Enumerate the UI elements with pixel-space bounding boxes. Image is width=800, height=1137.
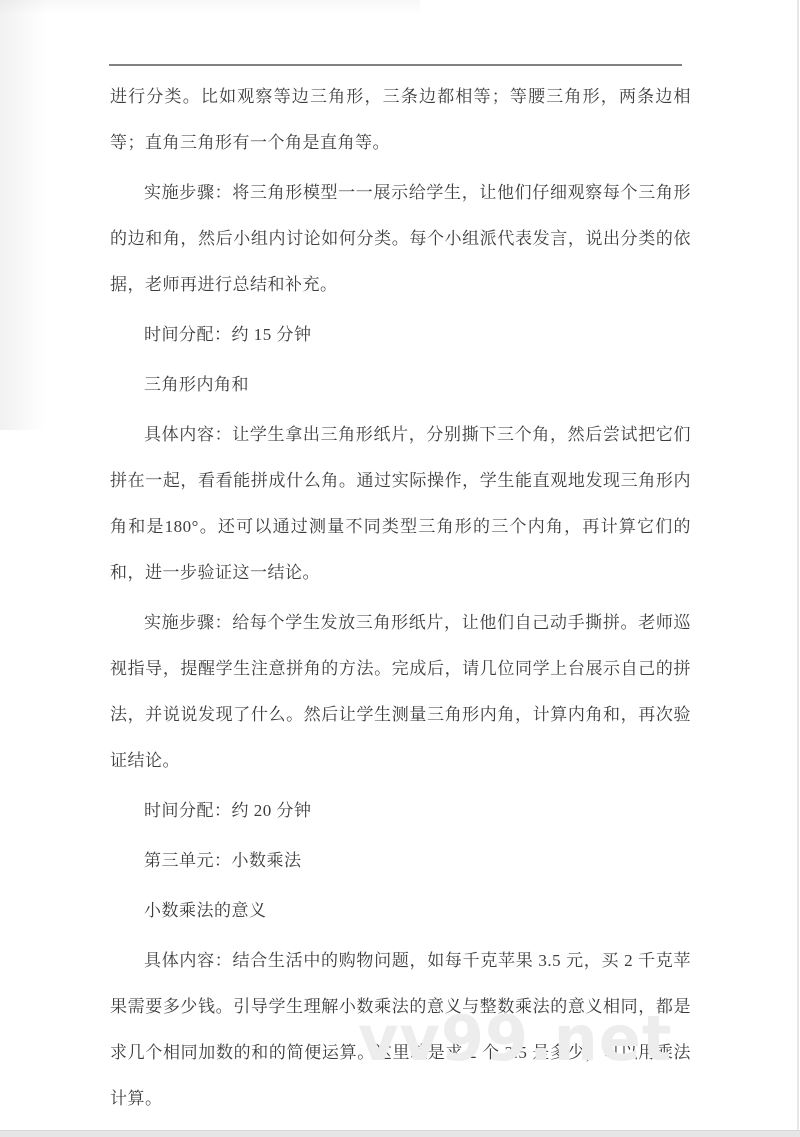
paragraph: 实施步骤：给每个学生发放三角形纸片，让他们自己动手撕拼。老师巡视指导，提醒学生注… — [110, 600, 691, 784]
paragraph: 三角形内角和 — [110, 362, 691, 408]
scan-left-shadow — [0, 0, 46, 430]
paragraph: 小数乘法的意义 — [110, 888, 691, 934]
paragraph: 时间分配：约 15 分钟 — [110, 312, 691, 358]
paragraph: 进行分类。比如观察等边三角形，三条边都相等；等腰三角形，两条边相等；直角三角形有… — [110, 74, 691, 166]
paragraph: 第三单元：小数乘法 — [110, 838, 691, 884]
document-content: 进行分类。比如观察等边三角形，三条边都相等；等腰三角形，两条边相等；直角三角形有… — [110, 74, 691, 1126]
scan-top-shadow — [0, 0, 420, 14]
paragraph: 具体内容：让学生拿出三角形纸片，分别撕下三个角，然后尝试把它们拼在一起，看看能拼… — [110, 412, 691, 596]
paragraph: 实施步骤：将三角形模型一一展示给学生，让他们仔细观察每个三角形的边和角，然后小组… — [110, 170, 691, 308]
document-page: 进行分类。比如观察等边三角形，三条边都相等；等腰三角形，两条边相等；直角三角形有… — [0, 0, 800, 1137]
paragraph: 时间分配：约 20 分钟 — [110, 788, 691, 834]
page-bottom-edge — [0, 1130, 800, 1137]
page-right-edge — [797, 0, 799, 1131]
header-rule — [109, 64, 682, 66]
paragraph: 具体内容：结合生活中的购物问题，如每千克苹果 3.5 元，买 2 千克苹果需要多… — [110, 938, 691, 1122]
